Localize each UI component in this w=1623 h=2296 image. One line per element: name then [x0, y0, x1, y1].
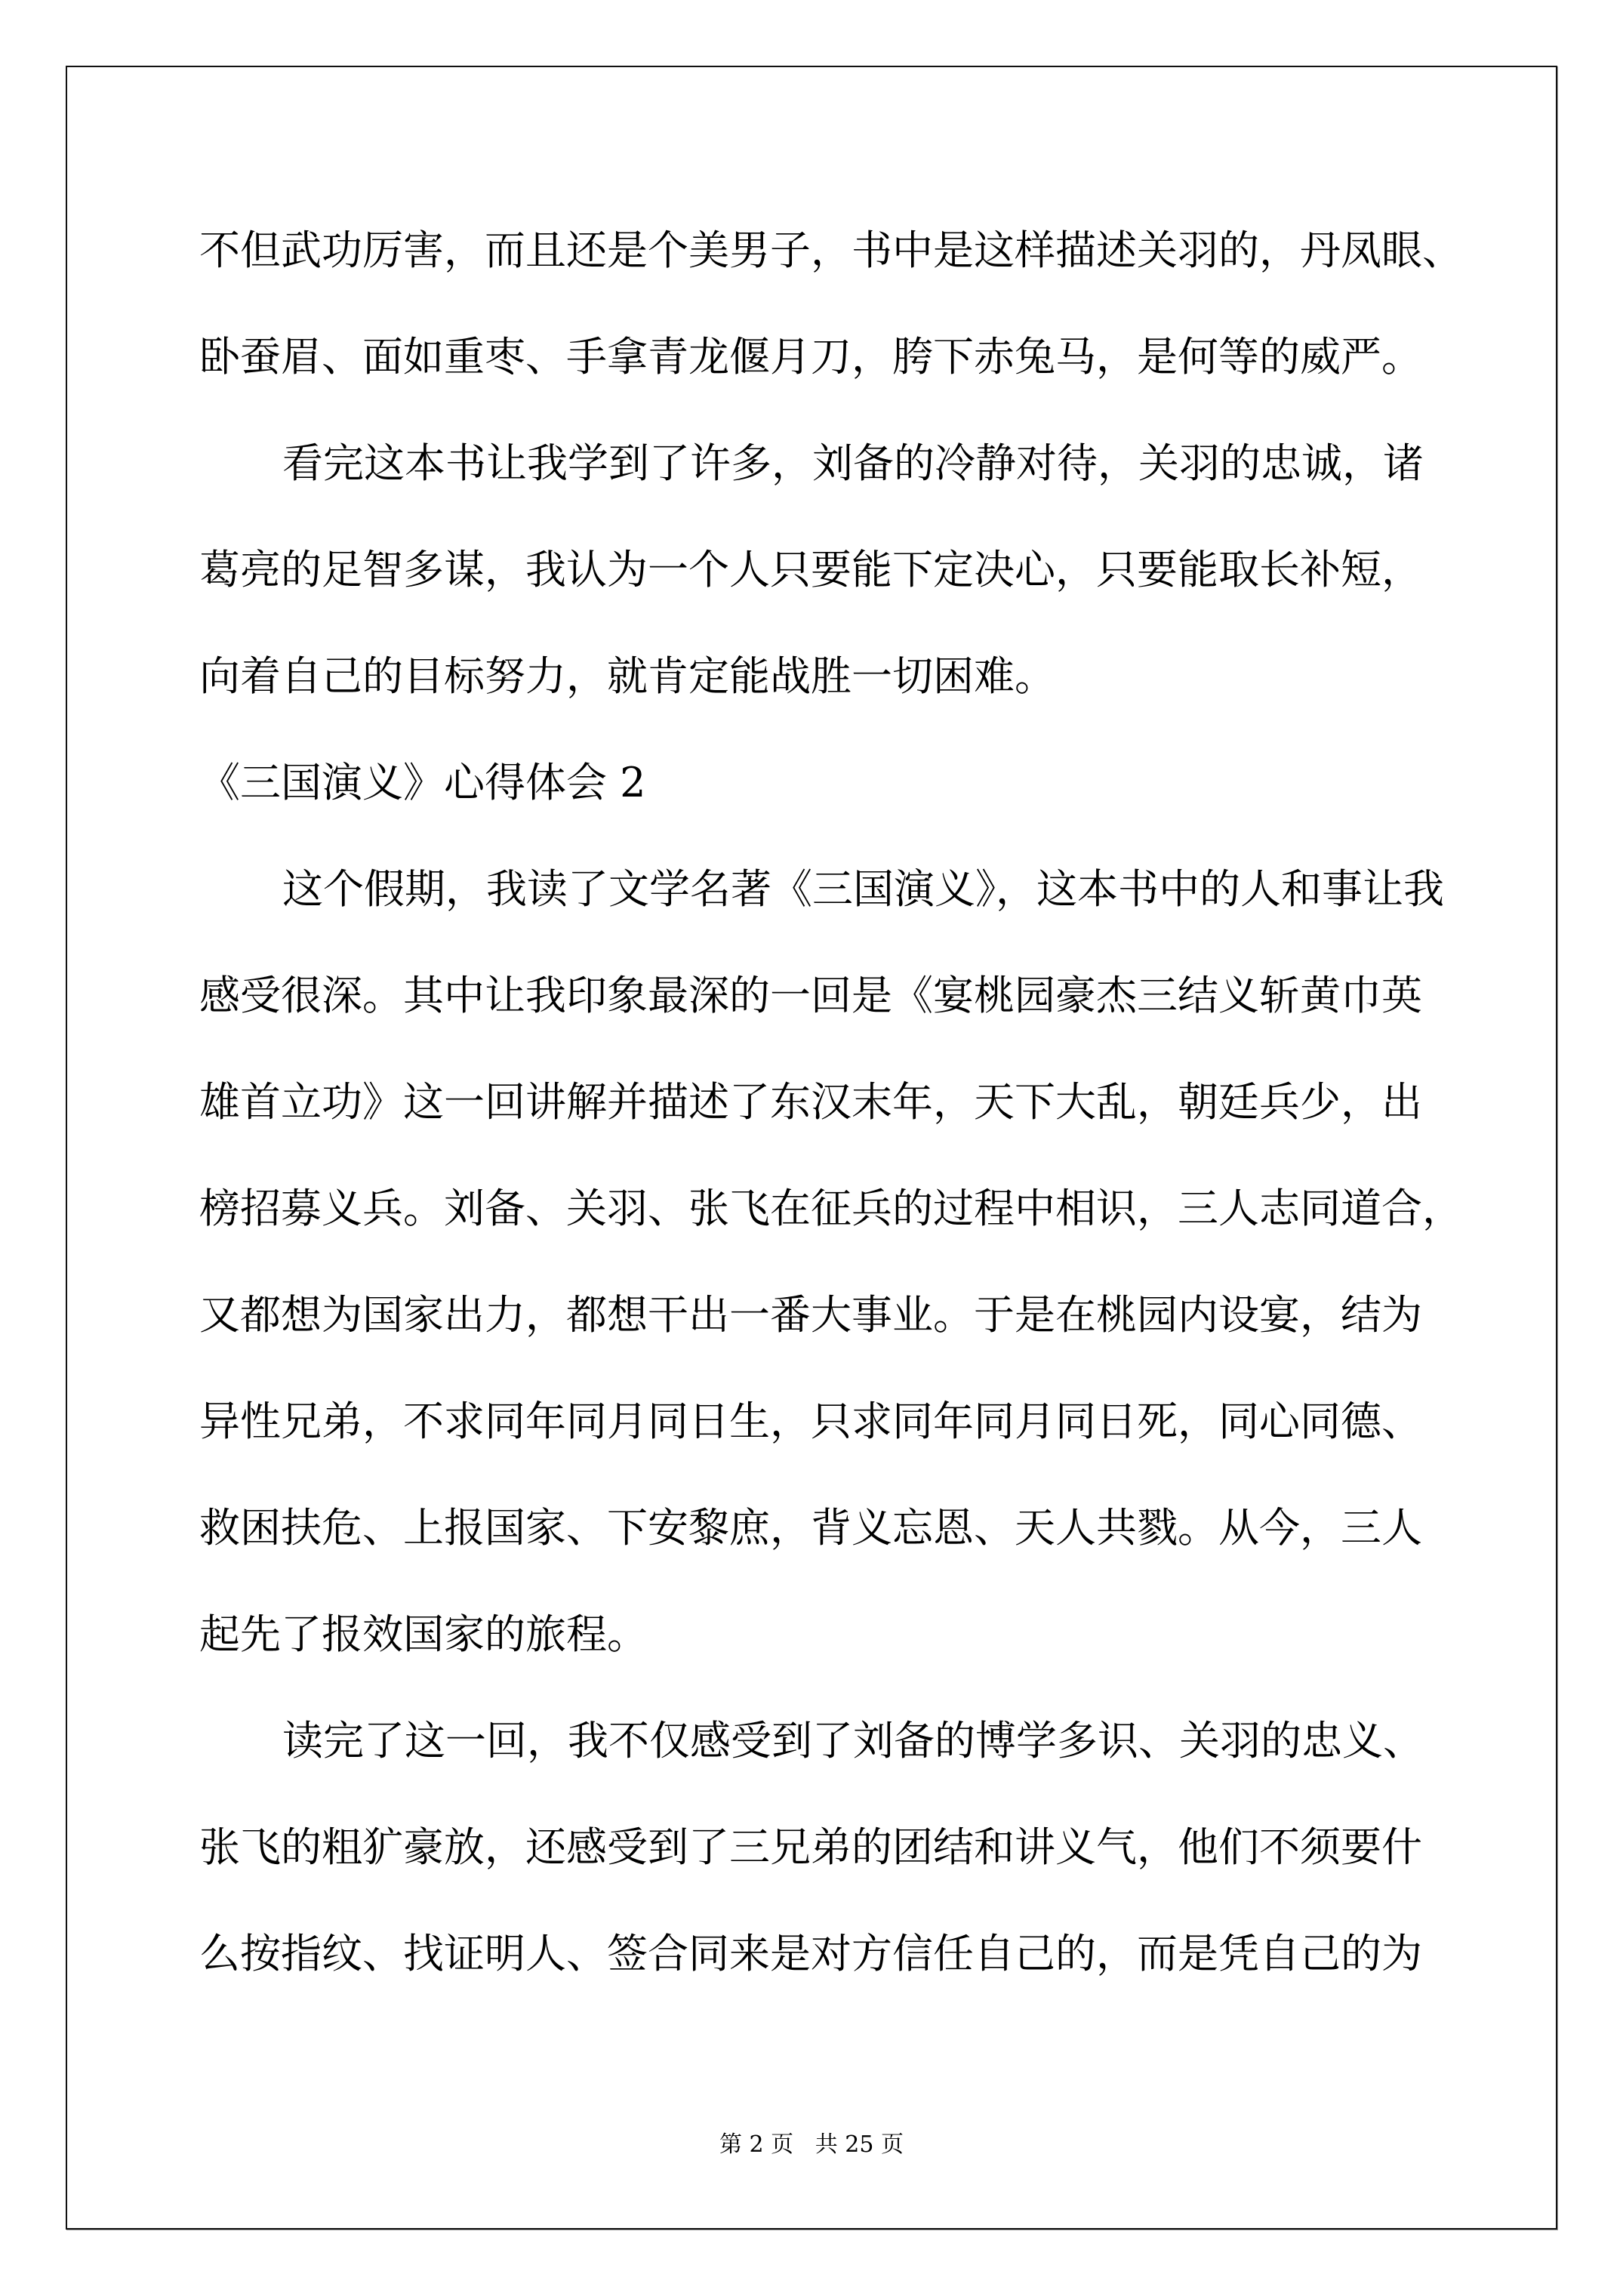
section-heading: 《三国演义》心得体会 2 — [199, 729, 1483, 836]
paragraph-start-line: 这个假期，我读了文学名著《三国演义》，这本书中的人和事让我 — [199, 836, 1483, 942]
text-line: 感受很深。其中让我印象最深的一回是《宴桃园豪杰三结义斩黄巾英 — [199, 942, 1483, 1049]
text-line: 卧蚕眉、面如重枣、手拿青龙偃月刀，胯下赤兔马，是何等的威严。 — [199, 304, 1483, 410]
text-line: 又都想为国家出力，都想干出一番大事业。于是在桃园内设宴，结为 — [199, 1262, 1483, 1368]
text-line: 起先了报效国家的旅程。 — [199, 1581, 1483, 1687]
text-line: 不但武功厉害，而且还是个美男子，书中是这样描述关羽的，丹凤眼、 — [199, 197, 1483, 304]
paragraph-start-line: 看完这本书让我学到了许多，刘备的冷静对待，关羽的忠诚，诸 — [199, 410, 1483, 516]
text-line: 向着自己的目标努力，就肯定能战胜一切困难。 — [199, 623, 1483, 729]
text-line: 榜招募义兵。刘备、关羽、张飞在征兵的过程中相识，三人志同道合， — [199, 1155, 1483, 1262]
page-number-footer: 第 2 页 共 25 页 — [0, 2129, 1623, 2161]
text-line: 张飞的粗犷豪放，还感受到了三兄弟的团结和讲义气，他们不须要什 — [199, 1794, 1483, 1900]
text-line: 救困扶危、上报国家、下安黎庶，背义忘恩、天人共戮。从今，三人 — [199, 1475, 1483, 1581]
document-body: 不但武功厉害，而且还是个美男子，书中是这样描述关羽的，丹凤眼、 卧蚕眉、面如重枣… — [199, 197, 1483, 2007]
text-line: 葛亮的足智多谋，我认为一个人只要能下定决心，只要能取长补短， — [199, 516, 1483, 623]
paragraph-start-line: 读完了这一回，我不仅感受到了刘备的博学多识、关羽的忠义、 — [199, 1687, 1483, 1794]
text-line: 雄首立功》这一回讲解并描述了东汉末年，天下大乱，朝廷兵少，出 — [199, 1049, 1483, 1155]
text-line: 异性兄弟，不求同年同月同日生，只求同年同月同日死，同心同德、 — [199, 1368, 1483, 1475]
text-line: 么按指纹、找证明人、签合同来是对方信任自己的，而是凭自己的为 — [199, 1900, 1483, 2007]
